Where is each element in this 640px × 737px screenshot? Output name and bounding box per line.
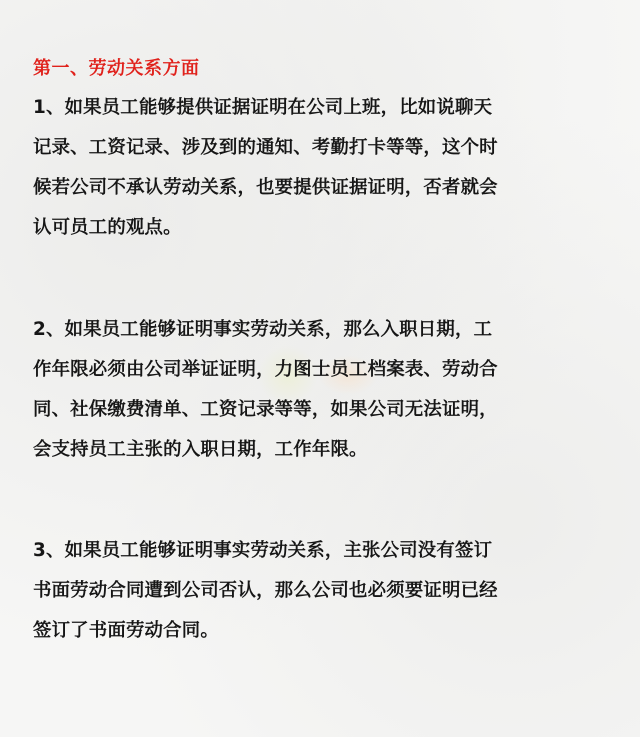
- document-page: 第一、劳动关系方面 1、如果员工能够提供证据证明在公司上班，比如说聊天 记录、工…: [0, 0, 640, 737]
- paragraph-line: 2、如果员工能够证明事实劳动关系，那么入职日期，工: [33, 310, 613, 350]
- paragraph-line: 候若公司不承认劳动关系，也要提供证据证明，否者就会: [33, 168, 613, 208]
- paragraph-2: 2、如果员工能够证明事实劳动关系，那么入职日期，工 作年限必须由公司举证证明，力…: [33, 310, 613, 470]
- paragraph-line: 会支持员工主张的入职日期，工作年限。: [33, 430, 613, 470]
- paragraph-line: 3、如果员工能够证明事实劳动关系，主张公司没有签订: [33, 531, 613, 571]
- section-heading: 第一、劳动关系方面: [33, 54, 200, 80]
- paragraph-line: 记录、工资记录、涉及到的通知、考勤打卡等等，这个时: [33, 128, 613, 168]
- paragraph-line: 1、如果员工能够提供证据证明在公司上班，比如说聊天: [33, 88, 613, 128]
- paragraph-3: 3、如果员工能够证明事实劳动关系，主张公司没有签订 书面劳动合同遭到公司否认，那…: [33, 531, 613, 651]
- paragraph-1: 1、如果员工能够提供证据证明在公司上班，比如说聊天 记录、工资记录、涉及到的通知…: [33, 88, 613, 248]
- paragraph-line: 作年限必须由公司举证证明，力图士员工档案表、劳动合: [33, 350, 613, 390]
- paragraph-line: 认可员工的观点。: [33, 208, 613, 248]
- paragraph-line: 签订了书面劳动合同。: [33, 611, 613, 651]
- paragraph-line: 同、社保缴费清单、工资记录等等，如果公司无法证明，: [33, 390, 613, 430]
- paragraph-line: 书面劳动合同遭到公司否认，那么公司也必须要证明已经: [33, 571, 613, 611]
